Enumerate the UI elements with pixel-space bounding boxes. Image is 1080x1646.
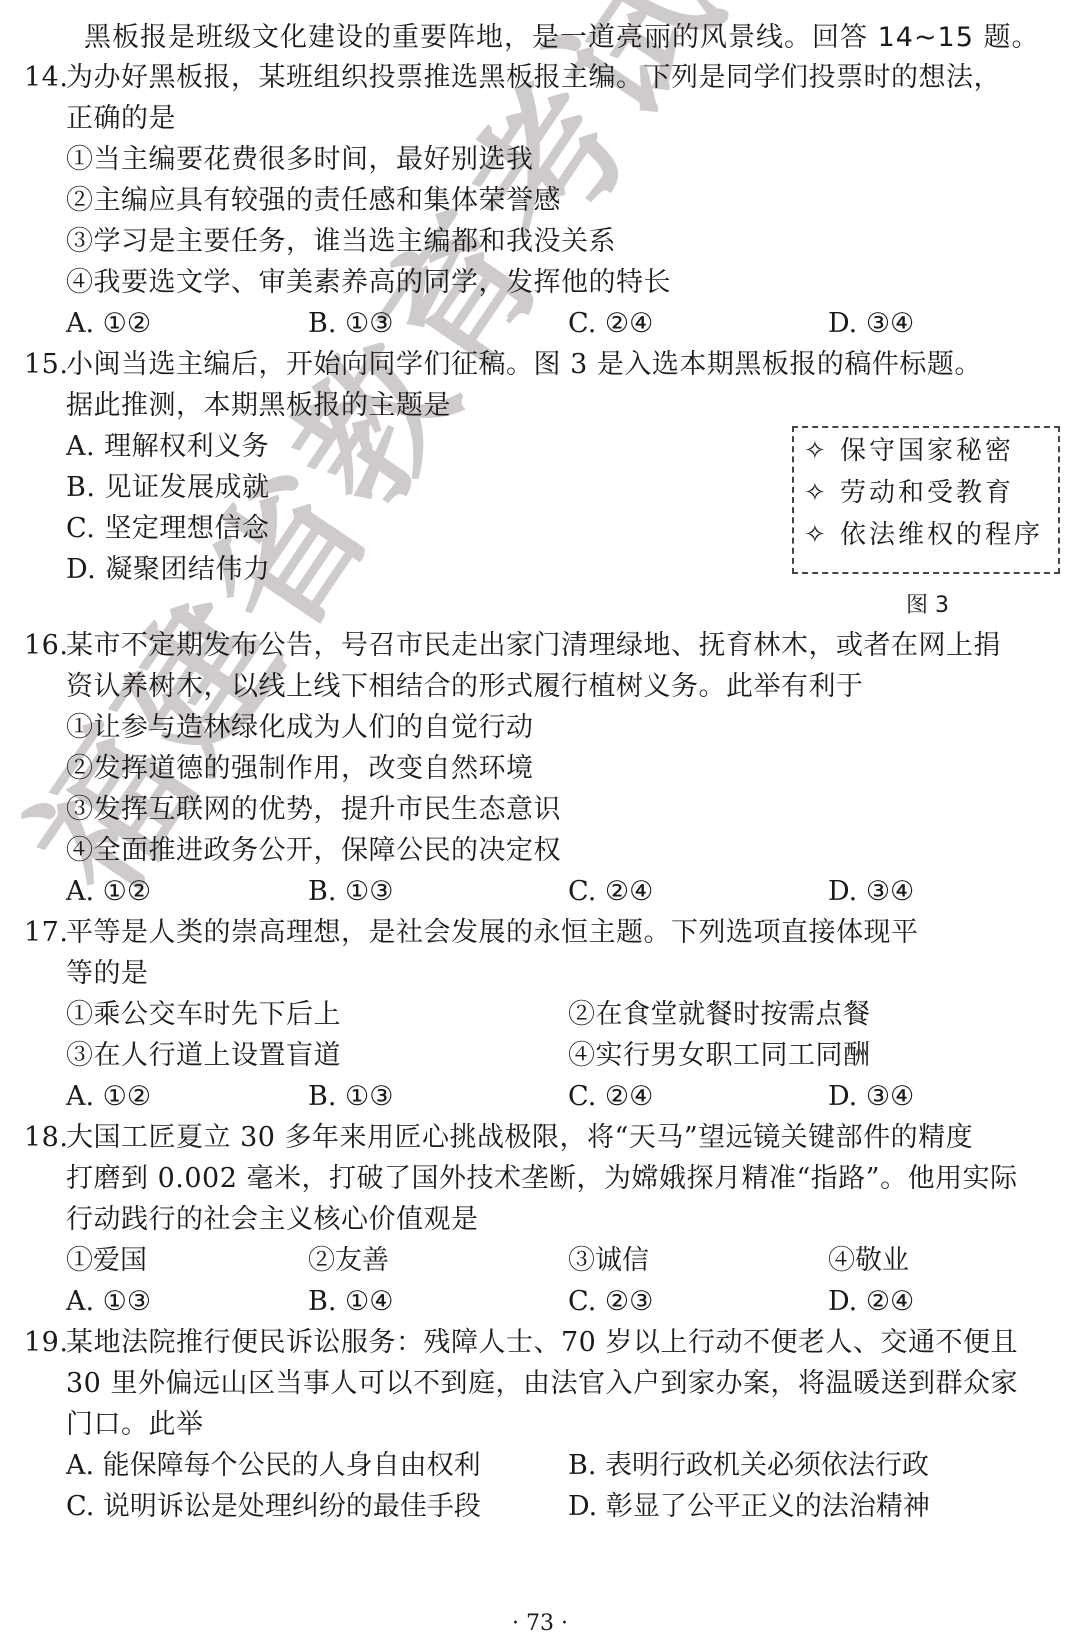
option-d[interactable]: D. 彰显了公平正义的法治精神 — [568, 1489, 930, 1525]
question-stem: 小闽当选主编后，开始向同学们征稿。图 3 是入选本期黑板报的稿件标题。 — [66, 347, 982, 383]
option-a[interactable]: A. ①② — [66, 874, 151, 910]
option-c[interactable]: C. 说明诉讼是处理纠纷的最佳手段 — [66, 1489, 481, 1525]
statement: ②友善 — [308, 1243, 389, 1279]
question-number: 14. — [24, 60, 68, 96]
question-stem: 30 里外偏远山区当事人可以不到庭，由法官入户到家办案，将温暖送到群众家 — [66, 1366, 1018, 1402]
option-b[interactable]: B. 见证发展成就 — [66, 470, 270, 506]
question-stem: 某地法院推行便民诉讼服务：残障人士、70 岁以上行动不便老人、交通不便且 — [66, 1325, 1018, 1361]
statement: ④我要选文学、审美素养高的同学，发挥他的特长 — [66, 265, 671, 301]
option-c[interactable]: C. ②③ — [568, 1284, 653, 1320]
statement: ③学习是主要任务，谁当选主编都和我没关系 — [66, 224, 616, 260]
option-a[interactable]: A. ①② — [66, 1079, 151, 1115]
statement: ①乘公交车时先下后上 — [66, 997, 341, 1033]
statement: ④实行男女职工同工同酬 — [568, 1038, 871, 1074]
option-d[interactable]: D. ③④ — [828, 874, 914, 910]
statement: ②发挥道德的强制作用，改变自然环境 — [66, 751, 534, 787]
statement: ③发挥互联网的优势，提升市民生态意识 — [66, 792, 561, 828]
question-number: 15. — [24, 347, 68, 383]
question-stem: 门口。此举 — [66, 1407, 204, 1443]
question-number: 19. — [24, 1325, 68, 1361]
question-stem: 据此推测，本期黑板报的主题是 — [66, 388, 451, 424]
question-stem: 资认养树木，以线上线下相结合的形式履行植树义务。此举有利于 — [66, 669, 864, 705]
statement: ③诚信 — [568, 1243, 649, 1279]
question-stem: 平等是人类的崇高理想，是社会发展的永恒主题。下列选项直接体现平 — [66, 915, 919, 951]
statement: ④敬业 — [828, 1243, 909, 1279]
option-d[interactable]: D. 凝聚团结伟力 — [66, 552, 270, 588]
intro-text: 黑板报是班级文化建设的重要阵地，是一道亮丽的风景线。回答 14~15 题。 — [84, 20, 1040, 56]
option-a[interactable]: A. ①② — [66, 306, 151, 342]
option-c[interactable]: C. ②④ — [568, 306, 653, 342]
option-a[interactable]: A. 理解权利义务 — [66, 429, 269, 465]
option-d[interactable]: D. ③④ — [828, 306, 914, 342]
figure-item: ✧ 依法维权的程序 — [804, 518, 1043, 552]
option-b[interactable]: B. 表明行政机关必须依法行政 — [568, 1448, 929, 1484]
option-d[interactable]: D. ③④ — [828, 1079, 914, 1115]
page-number: · 73 · — [0, 1610, 1080, 1638]
option-c[interactable]: C. ②④ — [568, 1079, 653, 1115]
figure-caption: 图 3 — [906, 592, 949, 620]
option-b[interactable]: B. ①③ — [308, 306, 393, 342]
question-stem: 某市不定期发布公告，号召市民走出家门清理绿地、抚育林木，或者在网上捐 — [66, 628, 1001, 664]
statement: ②主编应具有较强的责任感和集体荣誉感 — [66, 183, 561, 219]
figure-item: ✧ 保守国家秘密 — [804, 434, 1014, 468]
statement: ②在食堂就餐时按需点餐 — [568, 997, 871, 1033]
question-number: 16. — [24, 628, 68, 664]
question-stem: 正确的是 — [66, 101, 176, 137]
statement: ①让参与造林绿化成为人们的自觉行动 — [66, 710, 534, 746]
option-a[interactable]: A. ①③ — [66, 1284, 151, 1320]
question-number: 18. — [24, 1120, 68, 1156]
question-number: 17. — [24, 915, 68, 951]
option-b[interactable]: B. ①③ — [308, 1079, 393, 1115]
statement: ④全面推进政务公开，保障公民的决定权 — [66, 833, 561, 869]
option-b[interactable]: B. ①④ — [308, 1284, 393, 1320]
question-stem: 等的是 — [66, 956, 149, 992]
question-stem: 打磨到 0.002 毫米，打破了国外技术垄断，为嫦娥探月精准“指路”。他用实际 — [66, 1161, 1018, 1197]
option-a[interactable]: A. 能保障每个公民的人身自由权利 — [66, 1448, 481, 1484]
statement: ①当主编要花费很多时间，最好别选我 — [66, 142, 534, 178]
question-stem: 为办好黑板报，某班组织投票推选黑板报主编。下列是同学们投票时的想法， — [66, 60, 1001, 96]
figure-3-box: ✧ 保守国家秘密 ✧ 劳动和受教育 ✧ 依法维权的程序 — [792, 426, 1060, 574]
option-b[interactable]: B. ①③ — [308, 874, 393, 910]
option-c[interactable]: C. ②④ — [568, 874, 653, 910]
exam-page: 福建省教育考试院 黑板报是班级文化建设的重要阵地，是一道亮丽的风景线。回答 14… — [0, 0, 1080, 1646]
statement: ③在人行道上设置盲道 — [66, 1038, 341, 1074]
figure-item: ✧ 劳动和受教育 — [804, 476, 1014, 510]
option-d[interactable]: D. ②④ — [828, 1284, 914, 1320]
statement: ①爱国 — [66, 1243, 147, 1279]
question-stem: 大国工匠夏立 30 多年来用匠心挑战极限，将“天马”望远镜关键部件的精度 — [66, 1120, 973, 1156]
question-stem: 行动践行的社会主义核心价值观是 — [66, 1202, 479, 1238]
option-c[interactable]: C. 坚定理想信念 — [66, 511, 269, 547]
